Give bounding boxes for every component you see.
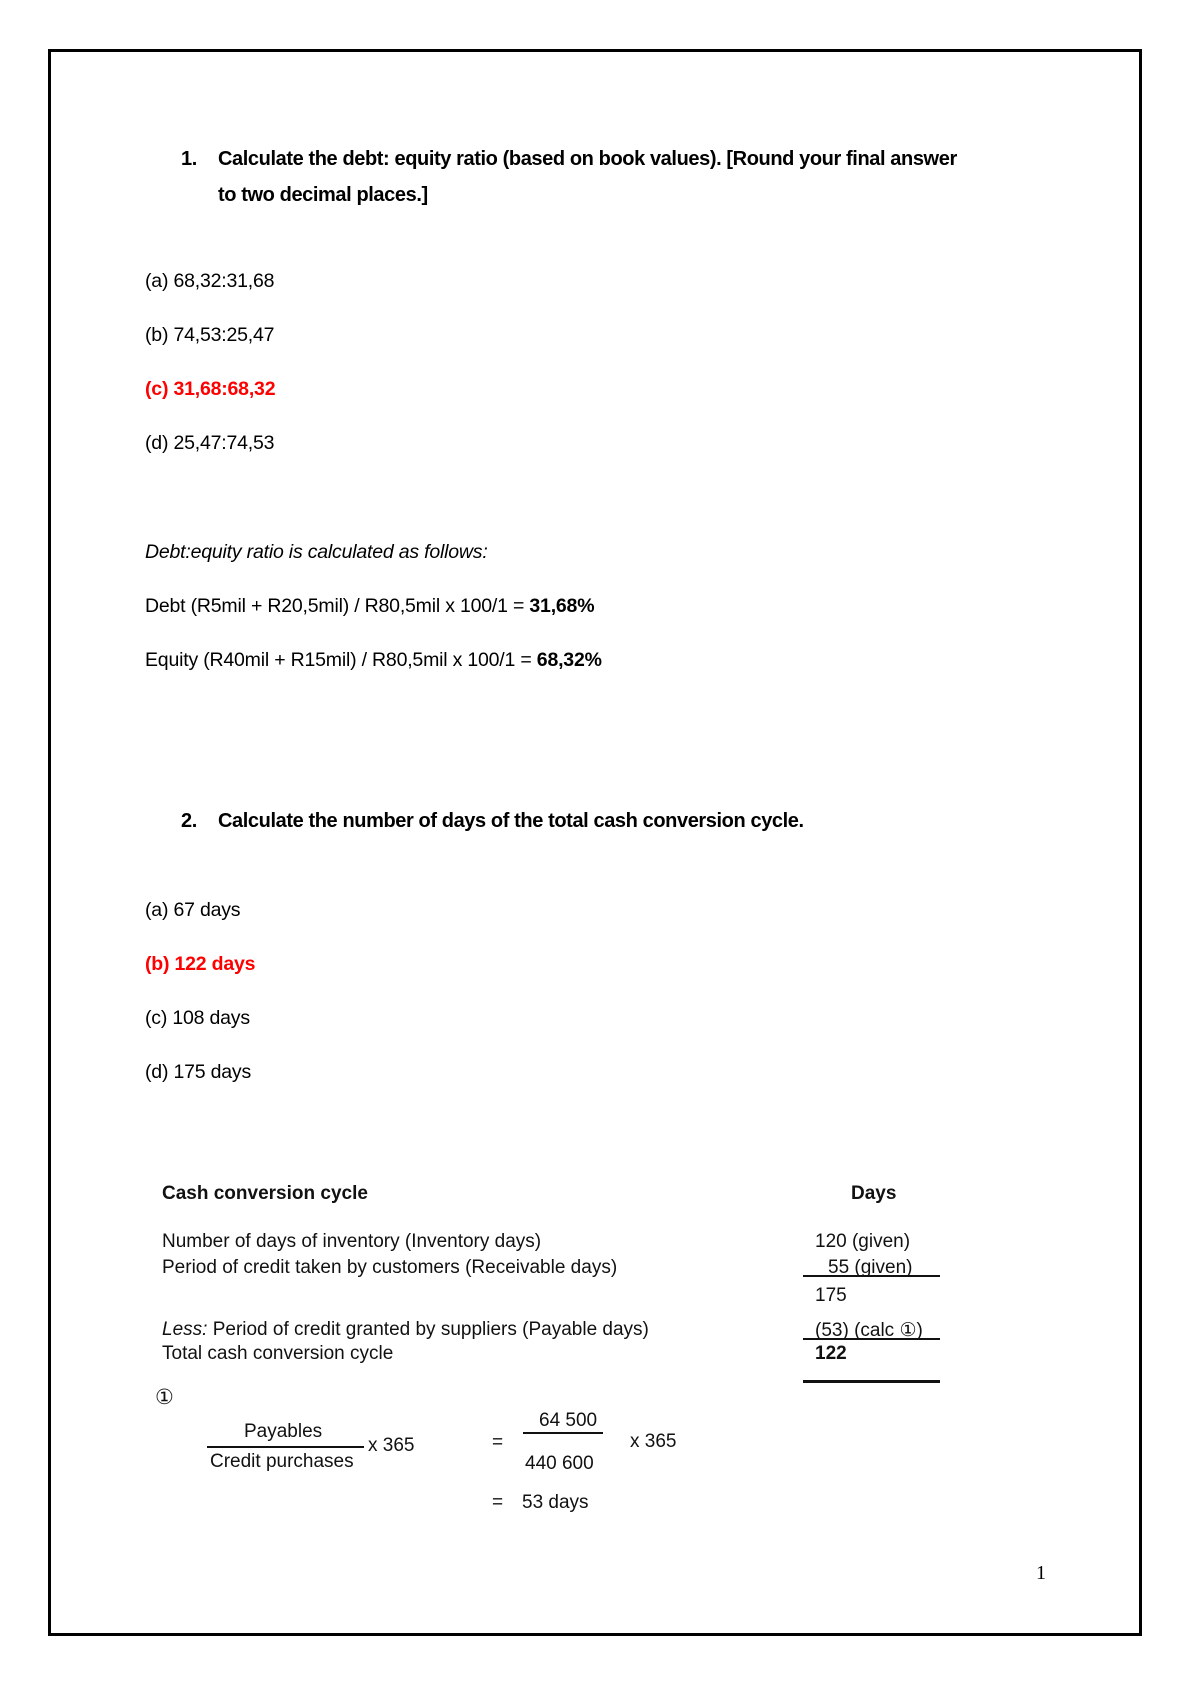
page-number: 1: [1036, 1562, 1046, 1585]
ccc-days-header: Days: [851, 1183, 896, 1205]
ccc-row-payable-label: Less: Period of credit granted by suppli…: [162, 1319, 649, 1341]
calc-multiplier: x 365: [368, 1435, 414, 1457]
calc-equals-1: =: [492, 1432, 503, 1454]
ccc-row-total-label: Total cash conversion cycle: [162, 1343, 393, 1365]
question-2-option-c: (c) 108 days: [145, 1007, 250, 1030]
question-2-number: 2.: [181, 810, 218, 833]
question-2-option-b-correct: (b) 122 days: [145, 953, 255, 976]
ccc-total-rule: [803, 1338, 940, 1340]
question-1-option-a: (a) 68,32:31,68: [145, 270, 274, 293]
ccc-subtotal-value: 175: [815, 1285, 847, 1307]
debt-formula-text: Debt (R5mil + R20,5mil) / R80,5mil x 100…: [145, 595, 529, 617]
calc-numerator-value: 64 500: [539, 1410, 597, 1432]
calc-denominator-value: 440 600: [525, 1453, 594, 1475]
ccc-row-total-value: 122: [815, 1343, 847, 1365]
calc-marker-icon: ①: [155, 1385, 174, 1410]
equity-formula: Equity (R40mil + R15mil) / R80,5mil x 10…: [145, 649, 602, 672]
less-prefix: Less:: [162, 1319, 207, 1340]
payable-label-text: Period of credit granted by suppliers (P…: [207, 1319, 648, 1340]
debt-result: 31,68%: [529, 595, 594, 617]
question-1-heading: 1.Calculate the debt: equity ratio (base…: [181, 148, 957, 171]
calc-denominator-label: Credit purchases: [210, 1451, 354, 1473]
question-1-number: 1.: [181, 148, 218, 171]
ccc-double-underline: [803, 1380, 940, 1383]
equity-formula-text: Equity (R40mil + R15mil) / R80,5mil x 10…: [145, 649, 537, 671]
equity-result: 68,32%: [537, 649, 602, 671]
question-2-option-d: (d) 175 days: [145, 1061, 251, 1084]
question-1-text-line2: to two decimal places.]: [218, 184, 428, 207]
ccc-row-inventory-label: Number of days of inventory (Inventory d…: [162, 1231, 541, 1253]
ccc-row-inventory-value: 120 (given): [815, 1231, 910, 1253]
ccc-row-receivable-label: Period of credit taken by customers (Rec…: [162, 1257, 617, 1279]
calc-result: 53 days: [522, 1492, 589, 1514]
calc-value-fraction-bar: [523, 1432, 603, 1434]
question-2-option-a: (a) 67 days: [145, 899, 240, 922]
calc-fraction-bar: [207, 1446, 364, 1448]
explanation-heading: Debt:equity ratio is calculated as follo…: [145, 541, 488, 564]
calc-equals-2: =: [492, 1492, 503, 1514]
question-2-text: Calculate the number of days of the tota…: [218, 810, 804, 832]
question-2-heading: 2.Calculate the number of days of the to…: [181, 810, 804, 833]
calc-multiplier-2: x 365: [630, 1431, 676, 1453]
question-1-option-c-correct: (c) 31,68:68,32: [145, 378, 275, 401]
question-1-text-line1: Calculate the debt: equity ratio (based …: [218, 148, 957, 170]
question-1-option-b: (b) 74,53:25,47: [145, 324, 274, 347]
calc-numerator-label: Payables: [244, 1421, 322, 1443]
ccc-subtotal-rule: [803, 1275, 940, 1277]
debt-formula: Debt (R5mil + R20,5mil) / R80,5mil x 100…: [145, 595, 594, 618]
ccc-table-title: Cash conversion cycle: [162, 1183, 368, 1205]
question-1-option-d: (d) 25,47:74,53: [145, 432, 274, 455]
